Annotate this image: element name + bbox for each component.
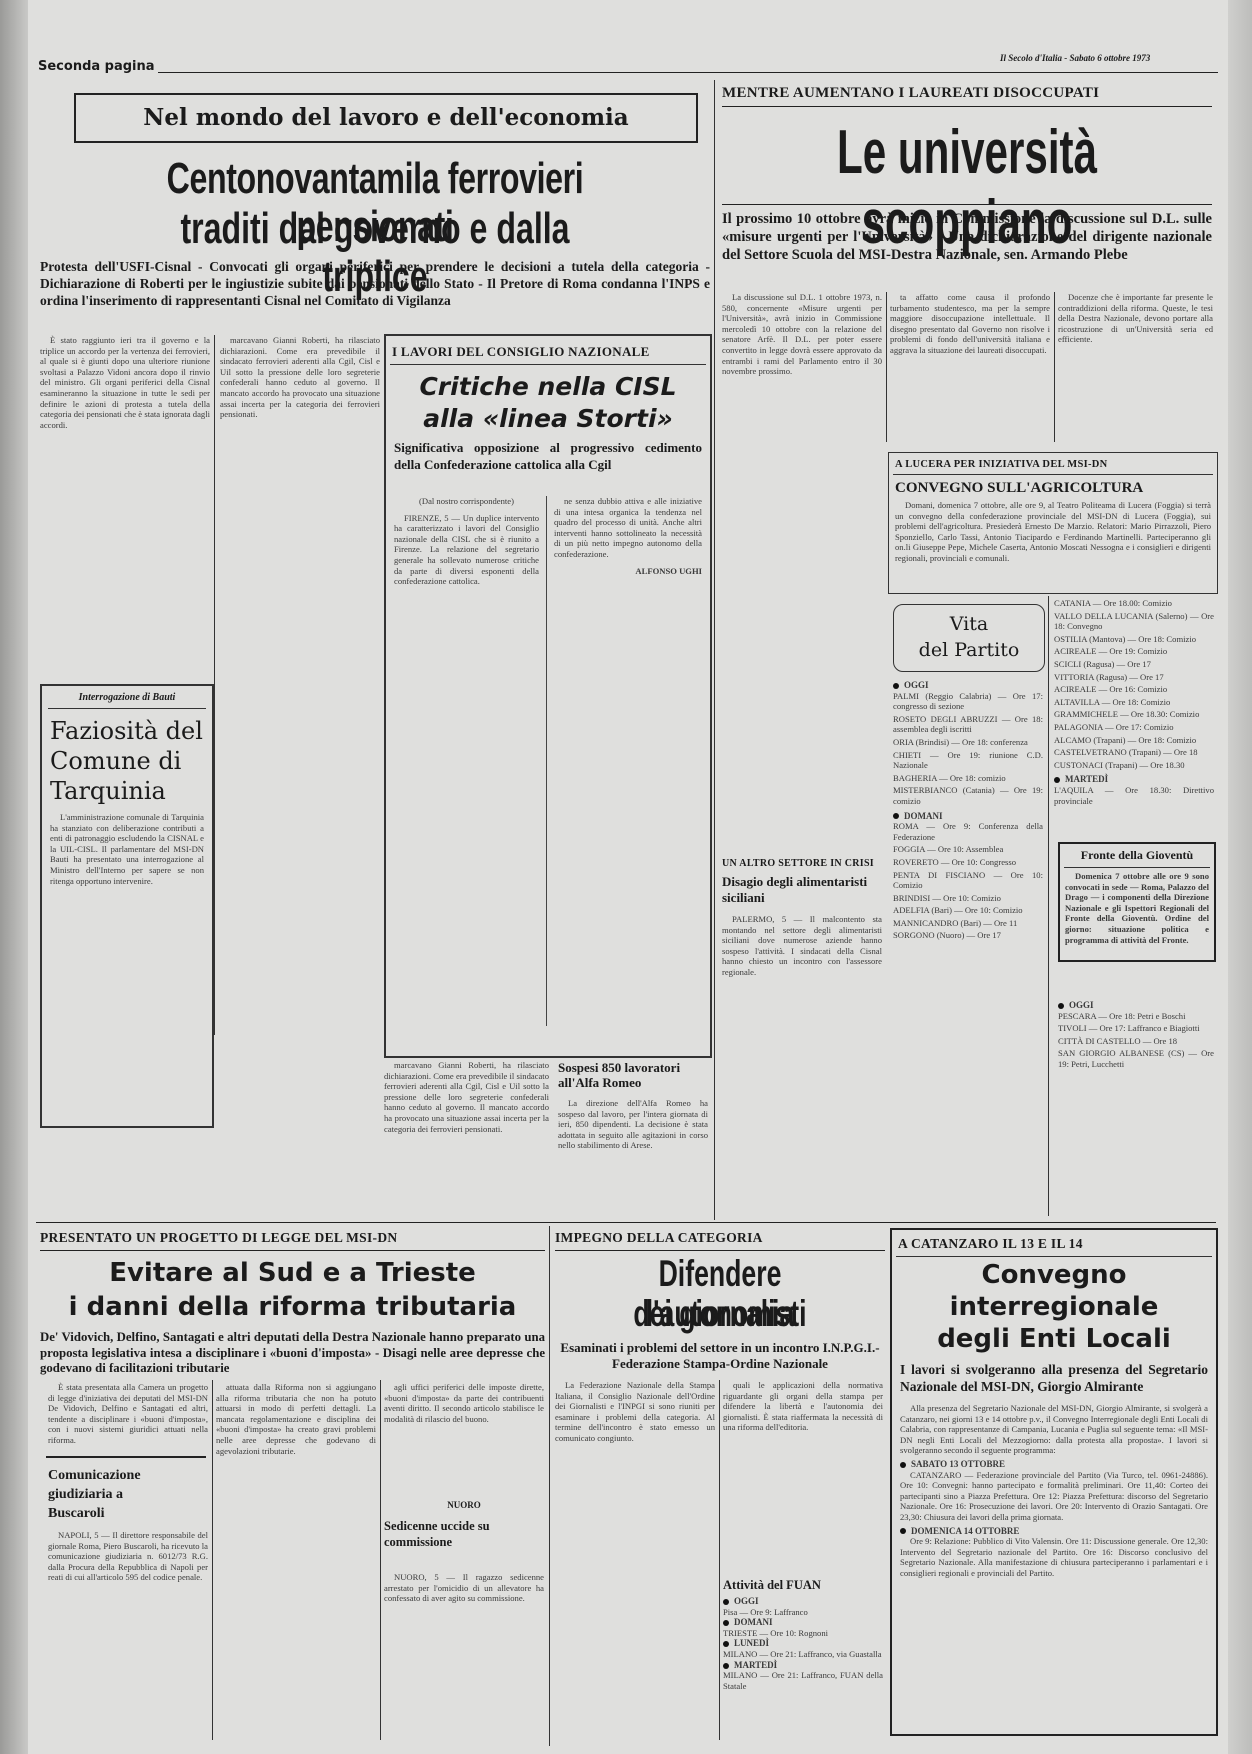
university-body-col1: La discussione sul D.L. 1 ottobre 1973, …	[722, 292, 882, 952]
youth-front-box: Fronte della Gioventù Domenica 7 ottobre…	[1058, 842, 1216, 962]
tarquinia-body: L'amministrazione comunale di Tarquinia …	[42, 808, 212, 1116]
tarquinia-headline: Faziosità del Comune di Tarquinia	[42, 714, 212, 808]
tax-body-col3: agli uffici periferici delle imposte dir…	[384, 1382, 544, 1492]
tarquinia-box: Interrogazione di Bauti Faziosità del Co…	[40, 684, 214, 1128]
list-item: ACIREALE — Ore 19: Comizio	[1054, 646, 1214, 657]
list-item: SORGONO (Nuoro) — Ore 17	[893, 930, 1043, 941]
journalists-body-col1: La Federazione Nazionale della Stampa It…	[555, 1380, 715, 1740]
list-item: MISTERBIANCO (Catania) — Ore 19: comizio	[893, 785, 1043, 806]
column-divider	[886, 292, 887, 442]
party-life-title-2: del Partito	[894, 637, 1044, 663]
column-divider	[1048, 596, 1049, 1216]
lead-body-col2: marcavano Gianni Roberti, ha rilasciato …	[220, 335, 380, 1030]
column-divider	[714, 80, 715, 1220]
food-body: PALERMO, 5 — Il malcontento sta montando…	[722, 914, 882, 1214]
bullet-icon	[723, 1641, 729, 1647]
catanzaro-headline-2: interregionale	[892, 1291, 1216, 1323]
tax-body-col1: È stata presentata alla Camera un proget…	[48, 1382, 208, 1452]
cisl-subhead: Significativa opposizione al progressivo…	[386, 435, 710, 477]
list-item: ROVERETO — Ore 10: Congresso	[893, 857, 1043, 868]
list-item: ALTAVILLA — Ore 18: Comizio	[1054, 697, 1214, 708]
journalists-headline-2: dei giornalisti	[601, 1294, 839, 1334]
bullet-icon	[1054, 777, 1060, 783]
list-item: CUSTONACI (Trapani) — Ore 18.30	[1054, 760, 1214, 771]
cisl-headline-1: Critiche nella CISL	[386, 371, 710, 403]
youth-front-list: OGGI PESCARA — Ore 18: Petri e BoschiTIV…	[1058, 1000, 1214, 1110]
bullet-icon	[1058, 1003, 1064, 1009]
list-item: CASTELVETRANO (Trapani) — Ore 18	[1054, 747, 1214, 758]
university-subhead: Il prossimo 10 ottobre avrà inizio in Co…	[722, 210, 1212, 264]
nuoro-kicker: NUORO	[384, 1500, 544, 1510]
page-edge-shadow-right	[1228, 0, 1252, 1754]
tax-headline-2: i danni della riforma tributaria	[40, 1290, 545, 1324]
bullet-icon	[723, 1663, 729, 1669]
list-item: PENTA DI FISCIANO — Ore 10: Comizio	[893, 870, 1043, 891]
catanzaro-kicker: A CATANZARO IL 13 E IL 14	[892, 1230, 1216, 1254]
column-divider	[719, 1380, 720, 1740]
column-divider	[214, 335, 215, 1035]
lucera-kicker: A LUCERA PER INIZIATIVA DEL MSI-DN	[889, 453, 1217, 472]
list-item: SAN GIORGIO ALBANESE (CS) — Ore 19: Petr…	[1058, 1048, 1214, 1069]
cisl-headline-2: alla «linea Storti»	[386, 403, 710, 435]
list-item: VALLO DELLA LUCANIA (Salerno) — Ore 18: …	[1054, 611, 1214, 632]
list-item: BRINDISI — Ore 10: Comizio	[893, 893, 1043, 904]
bullet-icon	[900, 1528, 906, 1534]
alfa-body: La direzione dell'Alfa Romeo ha sospeso …	[558, 1098, 708, 1218]
catanzaro-headline-3: degli Enti Locali	[892, 1323, 1216, 1355]
tax-subhead: De' Vidovich, Delfino, Santagati e altri…	[40, 1330, 545, 1377]
nuoro-body: NUORO, 5 — Il ragazzo sedicenne arrestat…	[384, 1572, 544, 1742]
nuoro-headline: Sedicenne uccide su commissione	[384, 1518, 504, 1550]
list-item: ALCAMO (Trapani) — Ore 18: Comizio	[1054, 735, 1214, 746]
party-life-col1: OGGI PALMI (Reggio Calabria) — Ore 17: c…	[893, 680, 1043, 1200]
party-life-col2: CATANIA — Ore 18.00: ComizioVALLO DELLA …	[1054, 598, 1214, 838]
rubric-title: Nel mondo del lavoro e dell'economia	[76, 95, 696, 141]
catanzaro-body: Alla presenza del Segretario Nazionale d…	[892, 1401, 1216, 1705]
list-item: ACIREALE — Ore 16: Comizio	[1054, 684, 1214, 695]
list-item: ADELFIA (Bari) — Ore 10: Comizio	[893, 905, 1043, 916]
section-rule	[36, 1222, 1216, 1223]
rubric-box: Nel mondo del lavoro e dell'economia	[74, 93, 698, 143]
court-headline: Comunicazione giudiziaria a Buscaroli	[48, 1466, 178, 1523]
party-life-box: Vita del Partito	[893, 604, 1045, 672]
dateline: Il Secolo d'Italia - Sabato 6 ottobre 19…	[1000, 53, 1150, 63]
lucera-headline: CONVEGNO SULL'AGRICOLTURA	[889, 477, 1217, 500]
fuan-title: Attività del FUAN	[723, 1578, 821, 1593]
list-item: SCICLI (Ragusa) — Ore 17	[1054, 659, 1214, 670]
list-item: ROMA — Ore 9: Conferenza della Federazio…	[893, 821, 1043, 842]
university-kicker: MENTRE AUMENTANO I LAUREATI DISOCCUPATI	[722, 85, 1099, 102]
list-item: PALAGONIA — Ore 17: Comizio	[1054, 722, 1214, 733]
lucera-box: A LUCERA PER INIZIATIVA DEL MSI-DN CONVE…	[888, 452, 1218, 594]
list-item: VITTORIA (Ragusa) — Ore 17	[1054, 672, 1214, 683]
rule	[46, 1456, 206, 1458]
tax-kicker: PRESENTATO UN PROGETTO DI LEGGE DEL MSI-…	[40, 1230, 397, 1246]
university-body-col3: Docenze che è importante far presente le…	[1058, 292, 1213, 432]
tarquinia-kicker: Interrogazione di Bauti	[42, 686, 212, 703]
bullet-icon	[723, 1620, 729, 1626]
list-item: CATANIA — Ore 18.00: Comizio	[1054, 598, 1214, 609]
lucera-body: Domani, domenica 7 ottobre, alle ore 9, …	[889, 500, 1217, 572]
cisl-box: I LAVORI DEL CONSIGLIO NAZIONALE Critich…	[384, 334, 712, 1058]
list-item: ORIA (Brindisi) — Ore 18: conferenza	[893, 737, 1043, 748]
tax-body-col2: attuata dalla Riforma non si aggiungano …	[216, 1382, 376, 1742]
youth-front-body: Domenica 7 ottobre alle ore 9 sono convo…	[1060, 868, 1214, 956]
bullet-icon	[900, 1462, 906, 1468]
list-item: OSTILIA (Mantova) — Ore 18: Comizio	[1054, 634, 1214, 645]
column-divider	[549, 1226, 550, 1746]
column-divider	[212, 1380, 213, 1740]
list-item: PESCARA — Ore 18: Petri e Boschi	[1058, 1011, 1214, 1022]
rule	[722, 106, 1212, 107]
university-body-col2: ta affatto come causa il profondo turbam…	[890, 292, 1050, 432]
cisl-body-col2: ne senza dubbio attiva e alle iniziative…	[554, 496, 702, 1016]
lead-body-col3: marcavano Gianni Roberti, ha rilasciato …	[384, 1060, 549, 1218]
bullet-icon	[893, 813, 899, 819]
food-kicker: UN ALTRO SETTORE IN CRISI	[722, 858, 874, 869]
catanzaro-headline-1: Convegno	[892, 1259, 1216, 1291]
court-body: NAPOLI, 5 — Il direttore responsabile de…	[48, 1530, 208, 1740]
journalists-kicker: IMPEGNO DELLA CATEGORIA	[555, 1230, 763, 1246]
rule	[722, 204, 1212, 205]
list-item: BAGHERIA — Ore 18: comizio	[893, 773, 1043, 784]
section-label: Seconda pagina	[38, 59, 155, 74]
party-life-title-1: Vita	[894, 611, 1044, 637]
lead-subhead: Protesta dell'USFI-Cisnal - Convocati gl…	[40, 258, 710, 309]
list-item: ROSETO DEGLI ABRUZZI — Ore 18: assemblea…	[893, 714, 1043, 735]
list-item: GRAMMICHELE — Ore 18.30: Comizio	[1054, 709, 1214, 720]
cisl-kicker: I LAVORI DEL CONSIGLIO NAZIONALE	[386, 336, 710, 362]
column-divider	[546, 496, 547, 1026]
lead-body-col1: È stato raggiunto ieri tra il governo e …	[40, 335, 210, 675]
youth-front-title: Fronte della Gioventù	[1064, 844, 1210, 868]
list-item: TIVOLI — Ore 17: Laffranco e Biagiotti	[1058, 1023, 1214, 1034]
list-item: CITTÀ DI CASTELLO — Ore 18	[1058, 1036, 1214, 1047]
column-divider	[1054, 292, 1055, 442]
fuan-list: OGGI Pisa — Ore 9: Laffranco DOMANI TRIE…	[723, 1596, 883, 1736]
masthead-rule	[158, 72, 1218, 73]
journalists-subhead: Esaminati i problemi del settore in un i…	[555, 1340, 885, 1372]
list-item: L'AQUILA — Ore 18.30: Direttivo provinci…	[1054, 785, 1214, 806]
catanzaro-box: A CATANZARO IL 13 E IL 14 Convegno inter…	[890, 1228, 1218, 1736]
bullet-icon	[723, 1599, 729, 1605]
list-item: CHIETI — Ore 19: riunione C.D. Nazionale	[893, 750, 1043, 771]
list-item: PALMI (Reggio Calabria) — Ore 17: congre…	[893, 691, 1043, 712]
cisl-body-col1: (Dal nostro corrispondente) FIRENZE, 5 —…	[394, 496, 539, 1016]
journalists-body-col2: quali le applicazioni della normativa ri…	[723, 1380, 883, 1570]
catanzaro-subhead: I lavori si svolgeranno alla presenza de…	[892, 1355, 1216, 1401]
rule	[40, 1250, 545, 1251]
alfa-headline: Sospesi 850 lavoratori all'Alfa Romeo	[558, 1060, 708, 1090]
page-edge-shadow	[0, 0, 28, 1754]
food-headline: Disagio degli alimentaristi siciliani	[722, 874, 882, 906]
tax-headline-1: Evitare al Sud e a Trieste	[40, 1256, 545, 1290]
list-item: MANNICANDRO (Bari) — Ore 11	[893, 918, 1043, 929]
bullet-icon	[893, 683, 899, 689]
list-item: FOGGIA — Ore 10: Assemblea	[893, 844, 1043, 855]
column-divider	[380, 1380, 381, 1740]
rule	[555, 1250, 885, 1251]
